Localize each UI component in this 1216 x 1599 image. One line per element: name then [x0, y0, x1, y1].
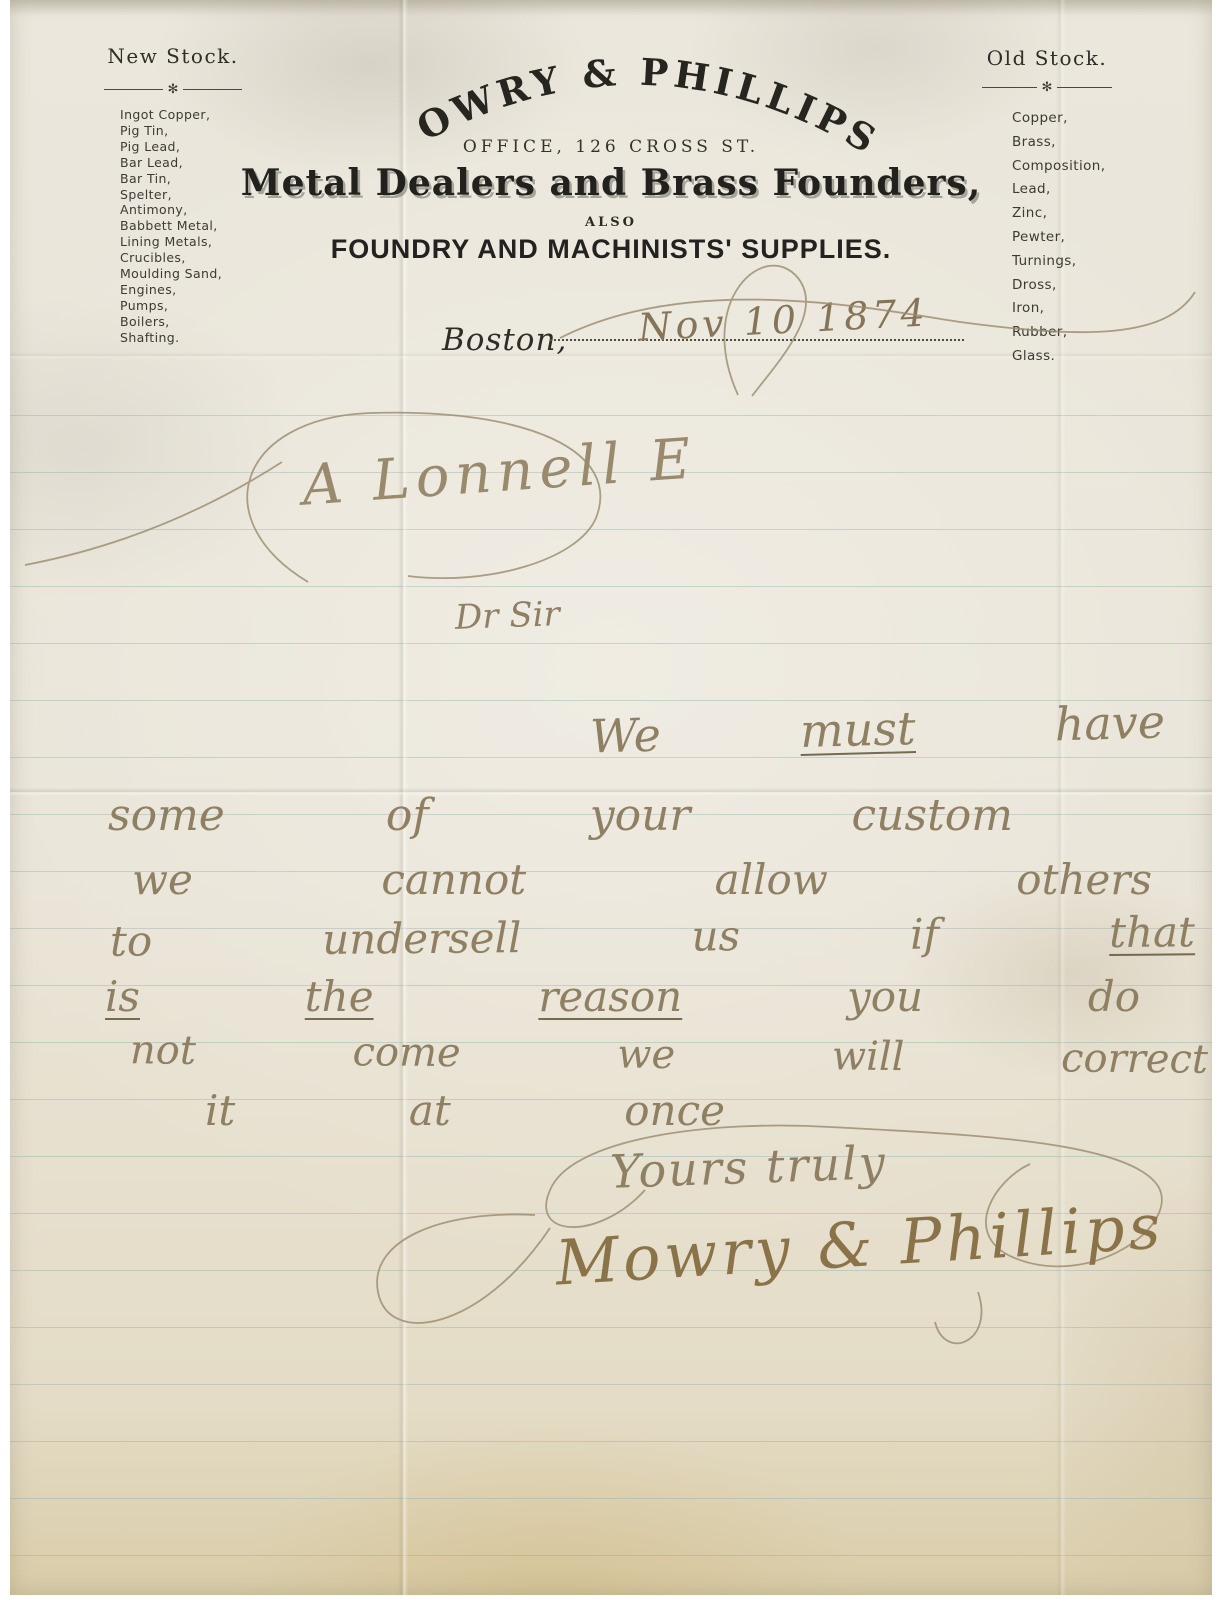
handwritten-word: you [847, 972, 923, 1021]
stock-item: Engines, [120, 282, 248, 298]
closing-line: Yours truly [609, 1135, 887, 1199]
handwritten-word: the [305, 972, 374, 1021]
handwritten-word: come [352, 1029, 460, 1076]
salutation: Dr Sir [454, 594, 560, 638]
handwritten-word: undersell [322, 913, 522, 964]
stock-item: Dross, [1012, 274, 1122, 298]
stock-item: Pumps, [120, 298, 248, 314]
floral-ornament-icon: ✻ [1037, 80, 1058, 95]
handwritten-word: cannot [381, 855, 526, 904]
old-stock-column: Old Stock. ✻ Copper,Brass,Composition,Le… [972, 46, 1122, 369]
stock-item: Shafting. [120, 330, 248, 346]
handwritten-word: at [409, 1086, 451, 1135]
body-line: someofyourcustom [108, 790, 1013, 841]
handwritten-word: custom [852, 790, 1013, 841]
stock-item: Rubber, [1012, 321, 1122, 345]
stock-item: Iron, [1012, 297, 1122, 321]
stock-item: Copper, [1012, 107, 1122, 131]
handwritten-word: is [105, 972, 140, 1021]
handwritten-word: not [130, 1027, 196, 1074]
new-stock-title: New Stock. [98, 44, 248, 68]
body-line: itatonce [205, 1086, 725, 1135]
handwritten-word: will [832, 1033, 905, 1080]
body-line: wecannotallowothers [132, 855, 1152, 904]
handwritten-word: we [617, 1032, 675, 1079]
floral-ornament-icon: ✻ [163, 82, 184, 97]
handwritten-word: we [132, 855, 193, 904]
handwritten-word: allow [715, 855, 828, 904]
handwritten-word: to [110, 916, 153, 965]
scanned-letter-page: { "letterhead": { "company": "MOWRY & PH… [0, 0, 1216, 1599]
handwritten-word: if [910, 910, 939, 959]
office-address: OFFICE, 126 CROSS ST. [10, 137, 1212, 157]
handwritten-word: your [590, 790, 691, 841]
handwritten-word: some [108, 790, 225, 841]
handwritten-word: it [205, 1086, 235, 1135]
floral-divider-icon: ✻ [982, 80, 1112, 95]
handwritten-word: of [386, 790, 429, 841]
handwritten-word: correct [1061, 1035, 1208, 1082]
tagline: Metal Dealers and Brass Founders, [10, 162, 1212, 204]
handwritten-word: others [1016, 855, 1152, 904]
floral-divider-icon: ✻ [104, 82, 242, 97]
stock-item: Moulding Sand, [120, 266, 248, 282]
handwritten-word: must [799, 701, 916, 758]
old-stock-title: Old Stock. [972, 46, 1122, 70]
handwritten-word: do [1088, 972, 1140, 1021]
stock-item: Glass. [1012, 345, 1122, 369]
body-line: isthereasonyoudo [105, 972, 1140, 1021]
letter-paper: New Stock. ✻ Ingot Copper,Pig Tin,Pig Le… [10, 0, 1212, 1595]
handwritten-word: reason [538, 972, 682, 1021]
top-edge-crease [10, 0, 1212, 16]
also-label: ALSO [10, 215, 1212, 230]
body-line: notcomewewillcorrect [130, 1027, 1208, 1082]
stock-item: Ingot Copper, [120, 107, 248, 123]
supplies-line: FOUNDRY AND MACHINISTS' SUPPLIES. [10, 234, 1212, 265]
body-line: toundersellusifthat [110, 907, 1195, 965]
handwritten-word: have [1054, 694, 1166, 751]
handwritten-word: We [589, 708, 661, 764]
handwritten-word: once [624, 1086, 725, 1135]
handwritten-word: that [1109, 907, 1195, 957]
stock-item: Boilers, [120, 314, 248, 330]
city-label: Boston, [442, 322, 567, 358]
handwritten-word: us [691, 911, 740, 960]
